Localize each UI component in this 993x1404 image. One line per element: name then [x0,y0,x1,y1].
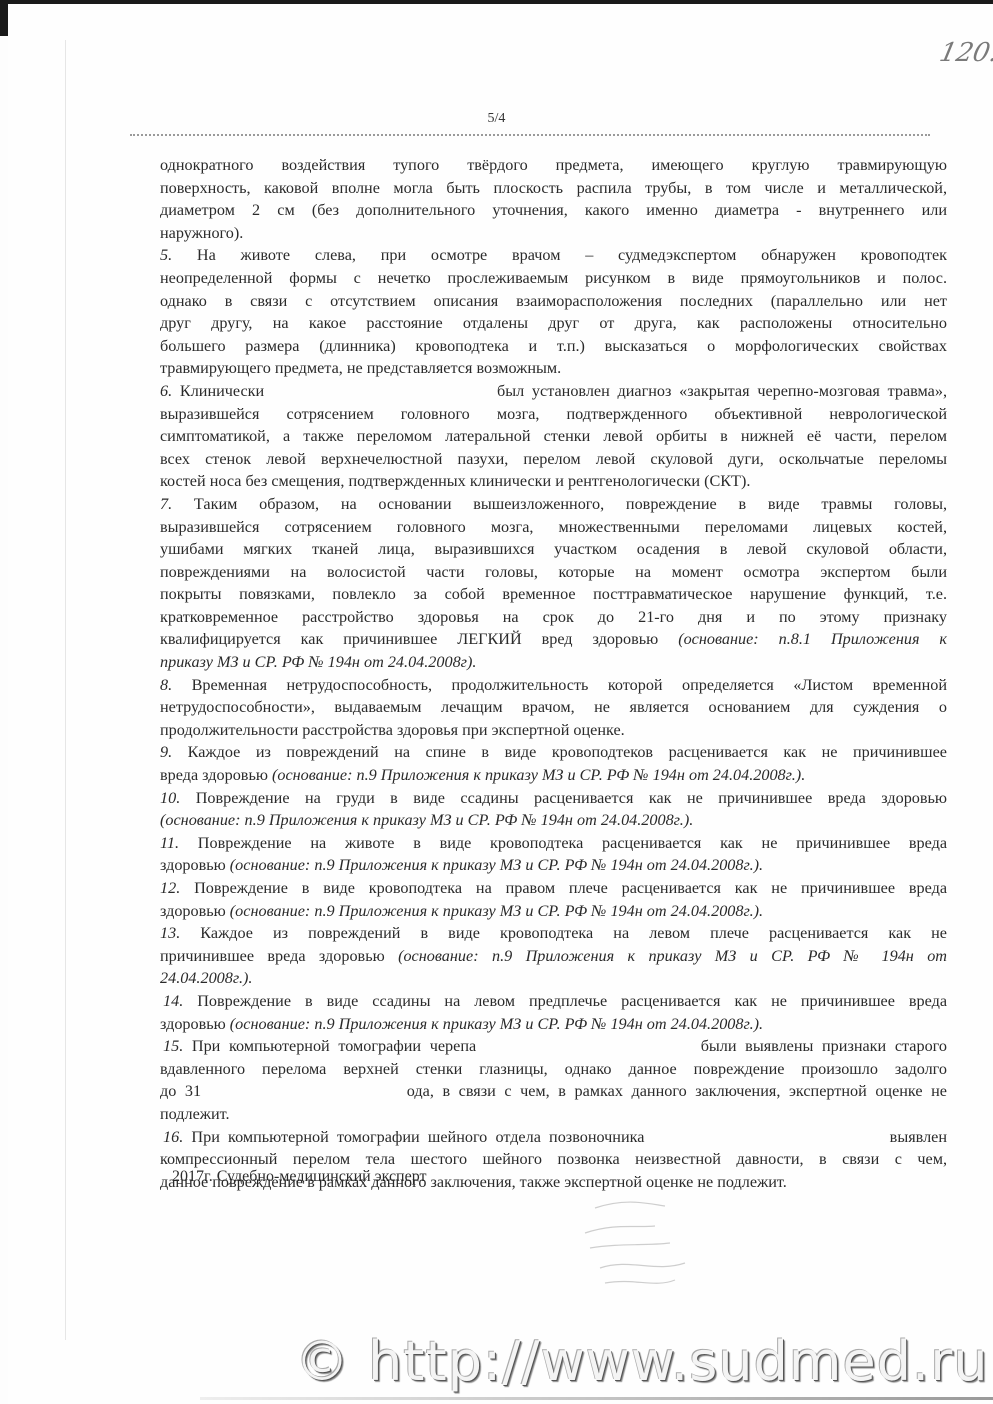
header-divider [130,134,930,136]
document-body: однократного воздействия тупого твёрдого… [160,154,947,1193]
text-line: костей носа без смещения, подтвержденных… [160,470,947,493]
paragraph-12-line: 12. Повреждение в виде кровоподтека на п… [160,877,947,900]
text-line: всех стенок левой верхнечелюстной пазухи… [160,448,947,471]
text-line: до 31 ода, в связи с чем, в рамках данно… [160,1080,947,1103]
watermark-copyright: © http://www.sudmed.ru [295,1330,989,1393]
page-number: 5/4 [0,111,993,127]
paragraph-6-line: 6. Клинически был установлен диагноз «за… [160,380,947,403]
text-line: вдавленного перелома верхней стенки глаз… [160,1058,947,1081]
text-line: ушибами мягких тканей лица, выразившихся… [160,538,947,561]
text-line: подлежит. [160,1103,947,1126]
paragraph-8-line: 8. Временная нетрудоспособность, продолж… [160,674,947,697]
bottom-edge [200,1397,993,1400]
legal-basis: (основание: п.9 Приложения к приказу МЗ … [230,856,763,874]
legal-basis: (основание: п.9 Приложения к приказу МЗ … [160,809,947,832]
text-line: кратковременное расстройство здоровья на… [160,606,947,629]
paragraph-11-line: 11. Повреждение на животе в виде кровопо… [160,832,947,855]
handwritten-page-mark: 120. [937,38,993,68]
legal-basis: (основание: п.9 Приложения к приказу МЗ … [230,902,763,920]
text-line: повреждениями на волосистой части головы… [160,561,947,584]
text-line: неопределенной формы с нечетко прослежив… [160,267,947,290]
legal-basis: (основание: п.9 Приложения к приказу МЗ … [230,1015,763,1033]
text-line: симптоматикой, а также переломом латерал… [160,425,947,448]
text-line: квалифицируется как причинившее ЛЕГКИЙ в… [160,628,947,651]
text-line: продолжительности расстройства здоровья … [160,719,947,742]
text-line: наружного). [160,222,947,245]
legal-basis: приказу МЗ и СР. РФ № 194н от 24.04.2008… [160,651,947,674]
text-line: причинившее вреда здоровью (основание: п… [160,945,947,968]
signature-line: 2017г. Судебно-медицинский эксперт [172,1168,427,1186]
text-line: покрыты повязками, повлекло за собой вре… [160,583,947,606]
paragraph-number: 5. [160,246,172,264]
paragraph-9-line: 9. Каждое из повреждений на спине в виде… [160,741,947,764]
text-line: друг другу, на какое расстояние отдалены… [160,312,947,335]
page-fold-line [65,40,66,1340]
paragraph-5-line: 5. На животе слева, при осмотре врачом –… [160,244,947,267]
text-line: поверхность, каковой вполне могла быть п… [160,177,947,200]
paragraph-10-line: 10. Повреждение на груди в виде ссадины … [160,787,947,810]
paragraph-14-line: 14. Повреждение в виде ссадины на левом … [160,990,947,1013]
text-line: однократного воздействия тупого твёрдого… [160,154,947,177]
text-line: диаметром 2 см (без дополнительного уточ… [160,199,947,222]
text-line: вреда здоровью (основание: п.9 Приложени… [160,764,947,787]
legal-basis: (основание: п.9 Приложения к приказу МЗ … [398,947,947,965]
legal-basis: (основание: п.8.1 Приложения к [678,630,947,648]
text-line: здоровью (основание: п.9 Приложения к пр… [160,854,947,877]
text-line: здоровью (основание: п.9 Приложения к пр… [160,1013,947,1036]
paragraph-16-line: 16. При компьютерной томографии шейного … [160,1126,947,1149]
paragraph-7-line: 7. Таким образом, на основании вышеизлож… [160,493,947,516]
text-line: однако в связи с отсутствием описания вз… [160,290,947,313]
text-line: травмирующего предмета, не представляетс… [160,357,947,380]
text-line: здоровью (основание: п.9 Приложения к пр… [160,900,947,923]
text-line: выразившейся сотрясением головного мозга… [160,516,947,539]
text-line: большего размера (длинника) кровоподтека… [160,335,947,358]
signature-scribble-icon [575,1188,695,1308]
text-line: выразившейся сотрясением головного мозга… [160,403,947,426]
legal-basis: (основание: п.9 Приложения к приказу МЗ … [272,766,805,784]
paragraph-15-line: 15. При компьютерной томографии черепа б… [160,1035,947,1058]
text-line: нетрудоспособности», выдаваемым лечащим … [160,696,947,719]
legal-basis: 24.04.2008г.). [160,967,947,990]
paragraph-13-line: 13. Каждое из повреждений в виде кровопо… [160,922,947,945]
